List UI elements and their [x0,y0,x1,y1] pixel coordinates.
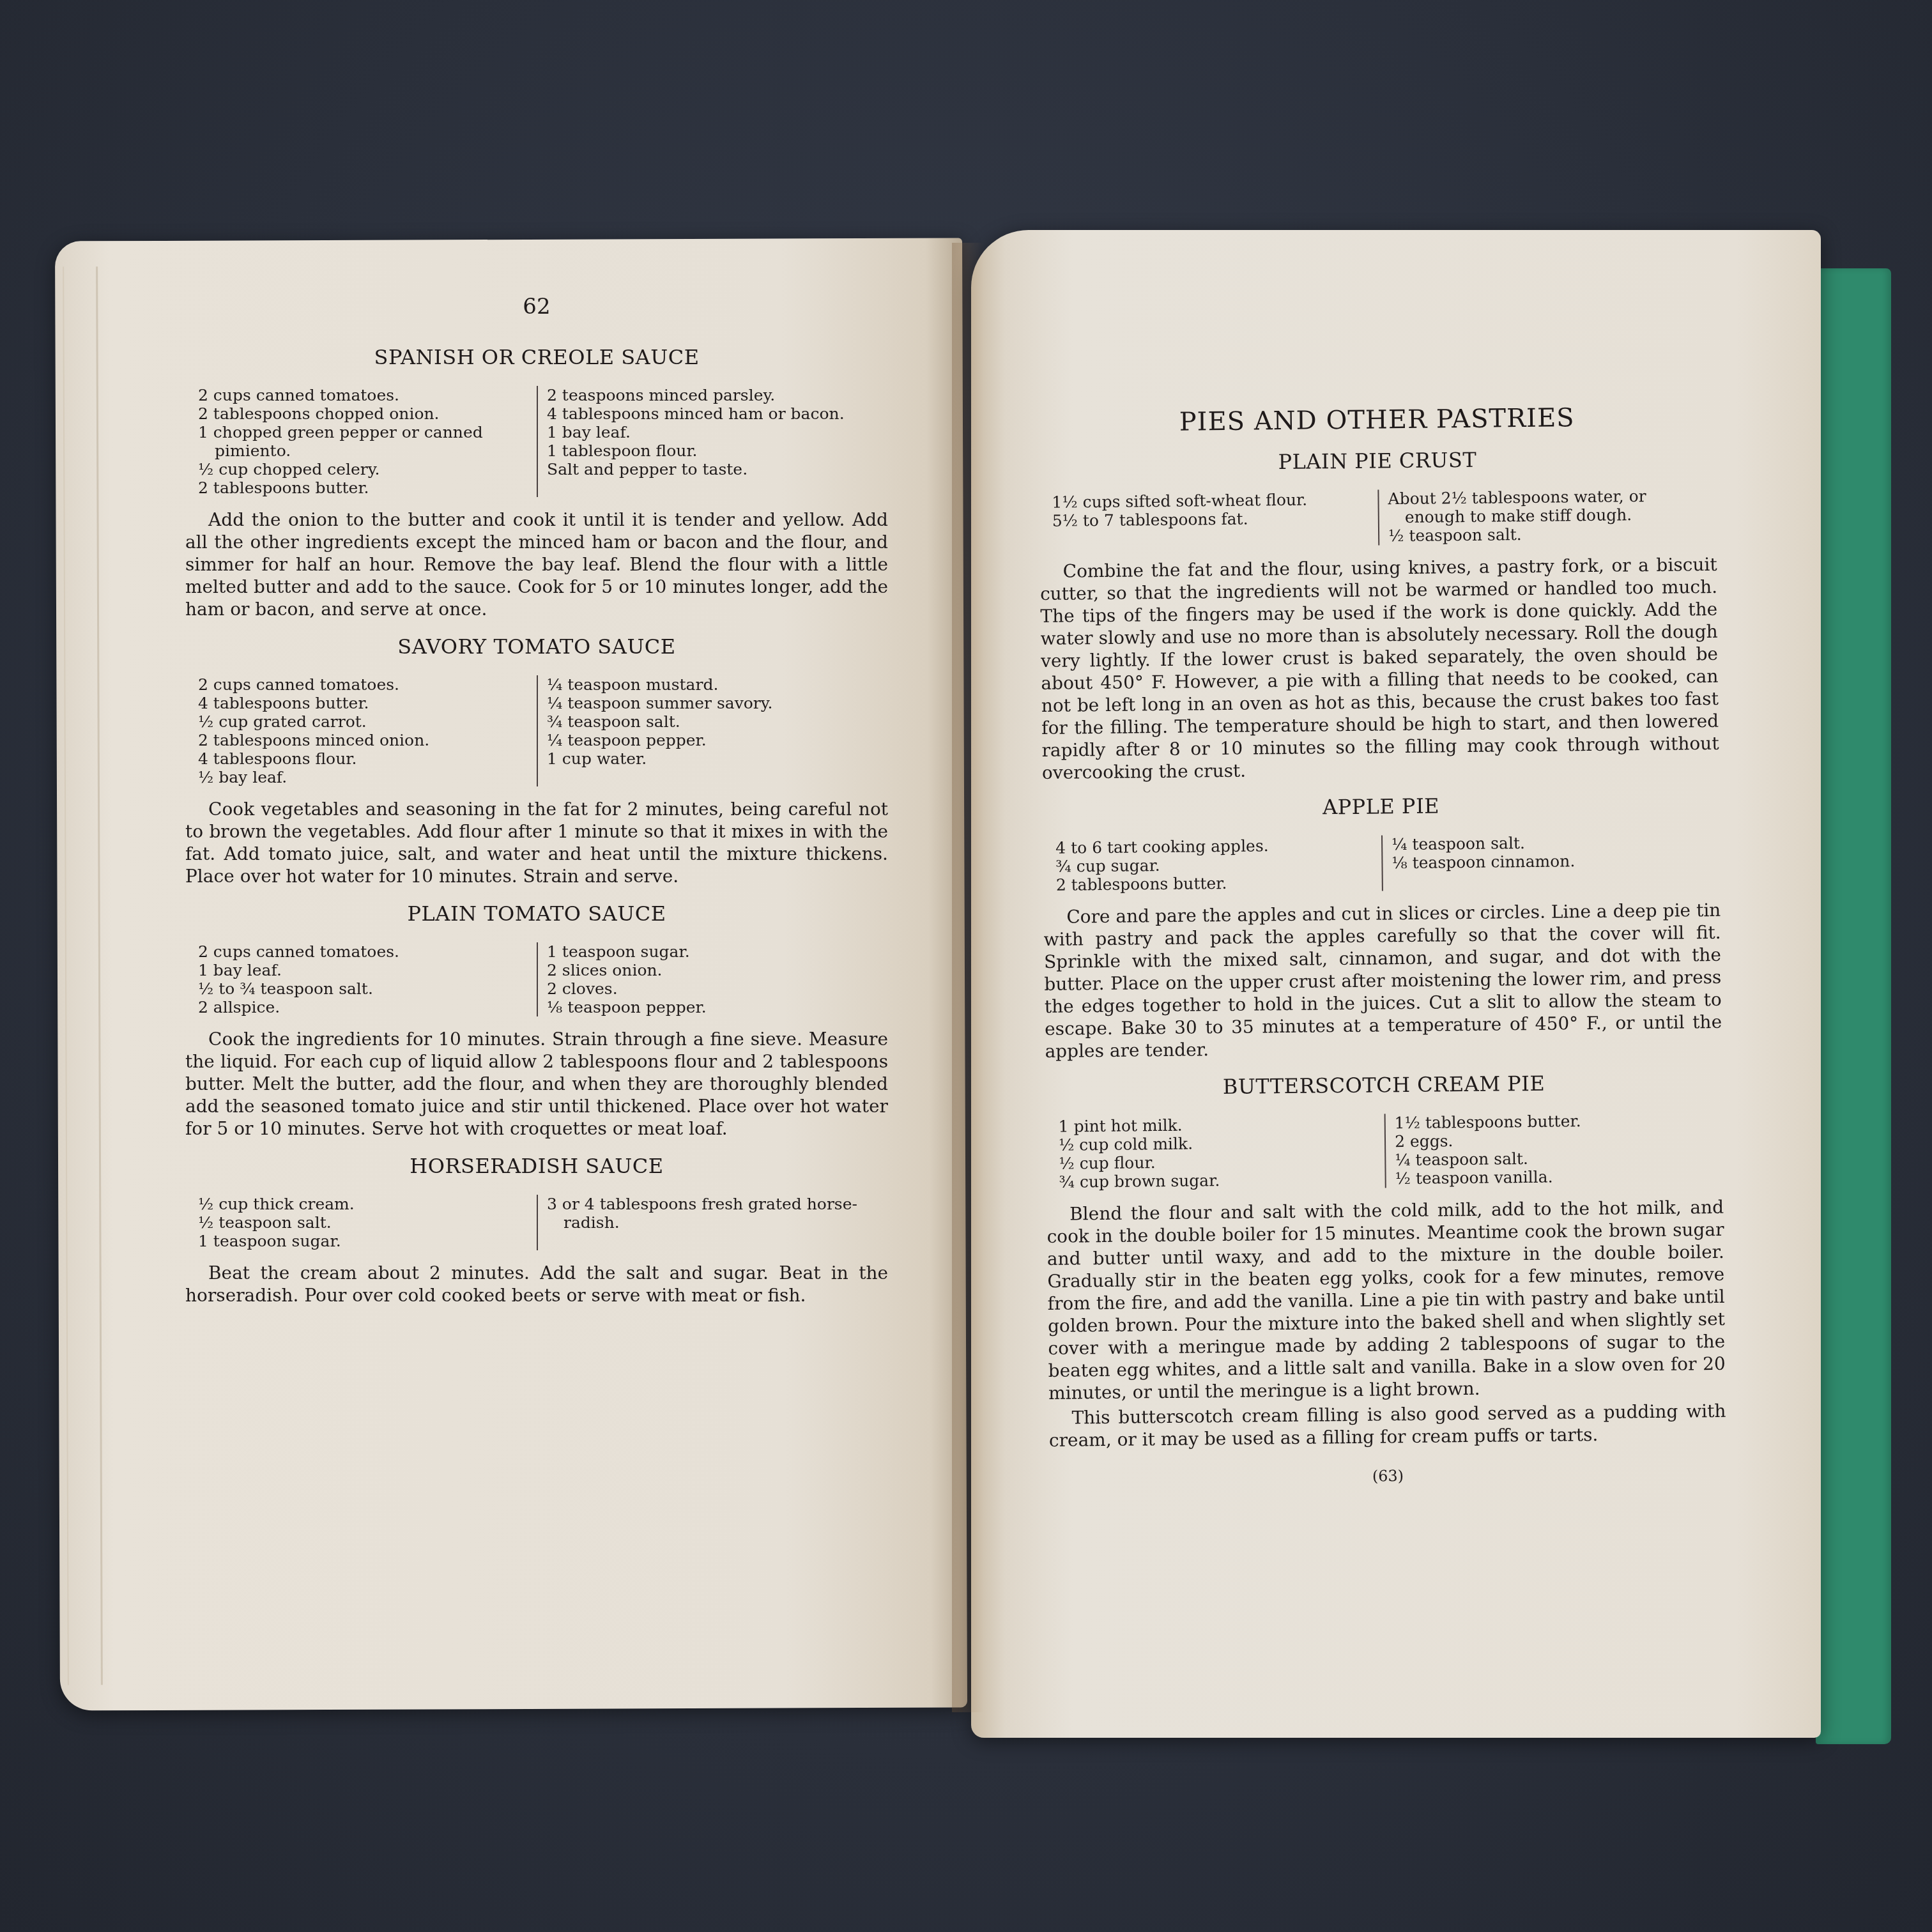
recipe-instructions: Beat the cream about 2 minutes. Add the … [185,1262,888,1307]
ingredient: 2 cups canned tomatoes. [198,675,537,694]
ingredient: ¼ teaspoon summer savory. [547,694,888,712]
ingredient: 2 tablespoons chopped onion. [198,404,537,423]
recipe-apple-pie: APPLE PIE 4 to 6 tart cooking apples. ¾ … [1042,791,1722,1062]
ingredient-column-left: 4 to 6 tart cooking apples. ¾ cup sugar.… [1043,835,1382,894]
recipe-title: PLAIN TOMATO SAUCE [185,901,888,926]
ingredient: ½ teaspoon vanilla. [1395,1166,1723,1188]
recipe-title: SAVORY TOMATO SAUCE [185,634,888,659]
recipe-spanish-creole-sauce: SPANISH OR CREOLE SAUCE 2 cups canned to… [185,345,888,620]
ingredient: Salt and pepper to taste. [547,460,888,479]
ingredient: 1 tablespoon flour. [547,441,888,460]
ingredient: 2 cups canned tomatoes. [198,942,537,961]
ingredient: ½ bay leaf. [198,768,537,786]
recipe-title: BUTTERSCOTCH CREAM PIE [1045,1069,1722,1101]
recipe-plain-pie-crust: PLAIN PIE CRUST 1½ cups sifted soft-whea… [1039,445,1719,784]
ingredient: 3 or 4 tablespoons fresh grated horse- [547,1195,888,1213]
ingredient: 2 tablespoons butter. [198,479,537,497]
book-spine [952,243,984,1712]
ingredient: ½ teaspoon salt. [198,1213,537,1232]
ingredient-column-left: 1½ cups sifted soft-wheat flour. 5½ to 7… [1039,489,1378,549]
ingredient-column-right: ¼ teaspoon salt. ⅛ teaspoon cinnamon. [1381,832,1721,891]
ingredient: 1 bay leaf. [547,423,888,441]
ingredient-column-left: ½ cup thick cream. ½ teaspoon salt. 1 te… [185,1195,537,1250]
page-number: 62 [185,294,888,319]
ingredient-list: 1½ cups sifted soft-wheat flour. 5½ to 7… [1039,486,1717,549]
recipe-title: HORSERADISH SAUCE [185,1154,888,1178]
ingredient-column-right: ¼ teaspoon mustard. ¼ teaspoon summer sa… [537,675,888,786]
ingredient: 2 cloves. [547,979,888,998]
ingredient: ⅛ teaspoon cinnamon. [1391,850,1720,872]
ingredient: 1 bay leaf. [198,961,537,979]
ingredient: 1 teaspoon sugar. [547,942,888,961]
ingredient: ¼ teaspoon mustard. [547,675,888,694]
ingredient-column-left: 1 pint hot milk. ½ cup cold milk. ½ cup … [1046,1114,1385,1192]
ingredient: 4 tablespoons butter. [198,694,537,712]
ingredient: 4 tablespoons minced ham or bacon. [547,404,888,423]
ingredient: pimiento. [198,441,537,460]
ingredient: ⅛ teaspoon pepper. [547,998,888,1016]
recipe-title: SPANISH OR CREOLE SAUCE [185,345,888,369]
ingredient: 2 tablespoons butter. [1056,872,1382,894]
ingredient: 1 teaspoon sugar. [198,1232,537,1250]
ingredient-column-right: 3 or 4 tablespoons fresh grated horse- r… [537,1195,888,1250]
ingredient: ½ cup grated carrot. [198,712,537,731]
recipe-instructions: Cook vegetables and seasoning in the fat… [185,798,888,887]
recipe-note: This butterscotch cream filling is also … [1048,1400,1726,1452]
ingredient: 2 teaspoons minced parsley. [547,386,888,404]
ingredient: 4 tablespoons flour. [198,749,537,768]
ingredient-column-right: 1 teaspoon sugar. 2 slices onion. 2 clov… [537,942,888,1016]
ingredient-column-right: 1½ tablespoons butter. 2 eggs. ¼ teaspoo… [1384,1110,1724,1188]
recipe-horseradish-sauce: HORSERADISH SAUCE ½ cup thick cream. ½ t… [185,1154,888,1307]
recipe-title: APPLE PIE [1042,791,1719,822]
ingredient-column-right: 2 teaspoons minced parsley. 4 tablespoon… [537,386,888,497]
ingredient: ¾ teaspoon salt. [547,712,888,731]
recipe-plain-tomato-sauce: PLAIN TOMATO SAUCE 2 cups canned tomatoe… [185,901,888,1140]
ingredient: 1 chopped green pepper or canned [198,423,537,441]
ingredient-list: ½ cup thick cream. ½ teaspoon salt. 1 te… [185,1195,888,1250]
ingredient: 2 allspice. [198,998,537,1016]
ingredient: ¼ teaspoon pepper. [547,731,888,749]
recipe-instructions: Add the onion to the butter and cook it … [185,509,888,620]
ingredient: ½ teaspoon salt. [1388,523,1717,545]
ingredient-column-left: 2 cups canned tomatoes. 4 tablespoons bu… [185,675,537,786]
ingredient: 5½ to 7 tablespoons fat. [1052,508,1378,530]
chapter-title: PIES AND OTHER PASTRIES [1038,402,1715,438]
ingredient: 2 tablespoons minced onion. [198,731,537,749]
ingredient-list: 4 to 6 tart cooking apples. ¾ cup sugar.… [1043,832,1721,894]
ingredient-column-right: About 2½ tablespoons water, or enough to… [1377,486,1717,546]
recipe-instructions: Core and pare the apples and cut in slic… [1043,899,1722,1062]
ingredient: ½ cup chopped celery. [198,460,537,479]
recipe-instructions: Blend the flour and salt with the cold m… [1046,1196,1726,1404]
ingredient: 2 cups canned tomatoes. [198,386,537,404]
recipe-instructions: Combine the fat and the flour, using kni… [1039,553,1719,784]
ingredient-list: 2 cups canned tomatoes. 4 tablespoons bu… [185,675,888,786]
ingredient: ½ cup thick cream. [198,1195,537,1213]
ingredient-list: 2 cups canned tomatoes. 1 bay leaf. ½ to… [185,942,888,1016]
ingredient: ¾ cup brown sugar. [1059,1169,1385,1191]
ingredient-column-left: 2 cups canned tomatoes. 2 tablespoons ch… [185,386,537,497]
recipe-butterscotch-cream-pie: BUTTERSCOTCH CREAM PIE 1 pint hot milk. … [1045,1069,1726,1452]
ingredient-column-left: 2 cups canned tomatoes. 1 bay leaf. ½ to… [185,942,537,1016]
left-page-content: 62 SPANISH OR CREOLE SAUCE 2 cups canned… [185,294,888,1319]
recipe-savory-tomato-sauce: SAVORY TOMATO SAUCE 2 cups canned tomato… [185,634,888,887]
ingredient: ½ to ¾ teaspoon salt. [198,979,537,998]
green-back-cover [1816,268,1891,1744]
ingredient: 2 slices onion. [547,961,888,979]
recipe-instructions: Cook the ingredients for 10 minutes. Str… [185,1028,888,1140]
ingredient: radish. [547,1213,888,1232]
ingredient-list: 2 cups canned tomatoes. 2 tablespoons ch… [185,386,888,497]
ingredient: 1 cup water. [547,749,888,768]
right-page-content: PIES AND OTHER PASTRIES PLAIN PIE CRUST … [1038,402,1727,1489]
ingredient-list: 1 pint hot milk. ½ cup cold milk. ½ cup … [1046,1110,1724,1192]
recipe-title: PLAIN PIE CRUST [1039,445,1716,477]
